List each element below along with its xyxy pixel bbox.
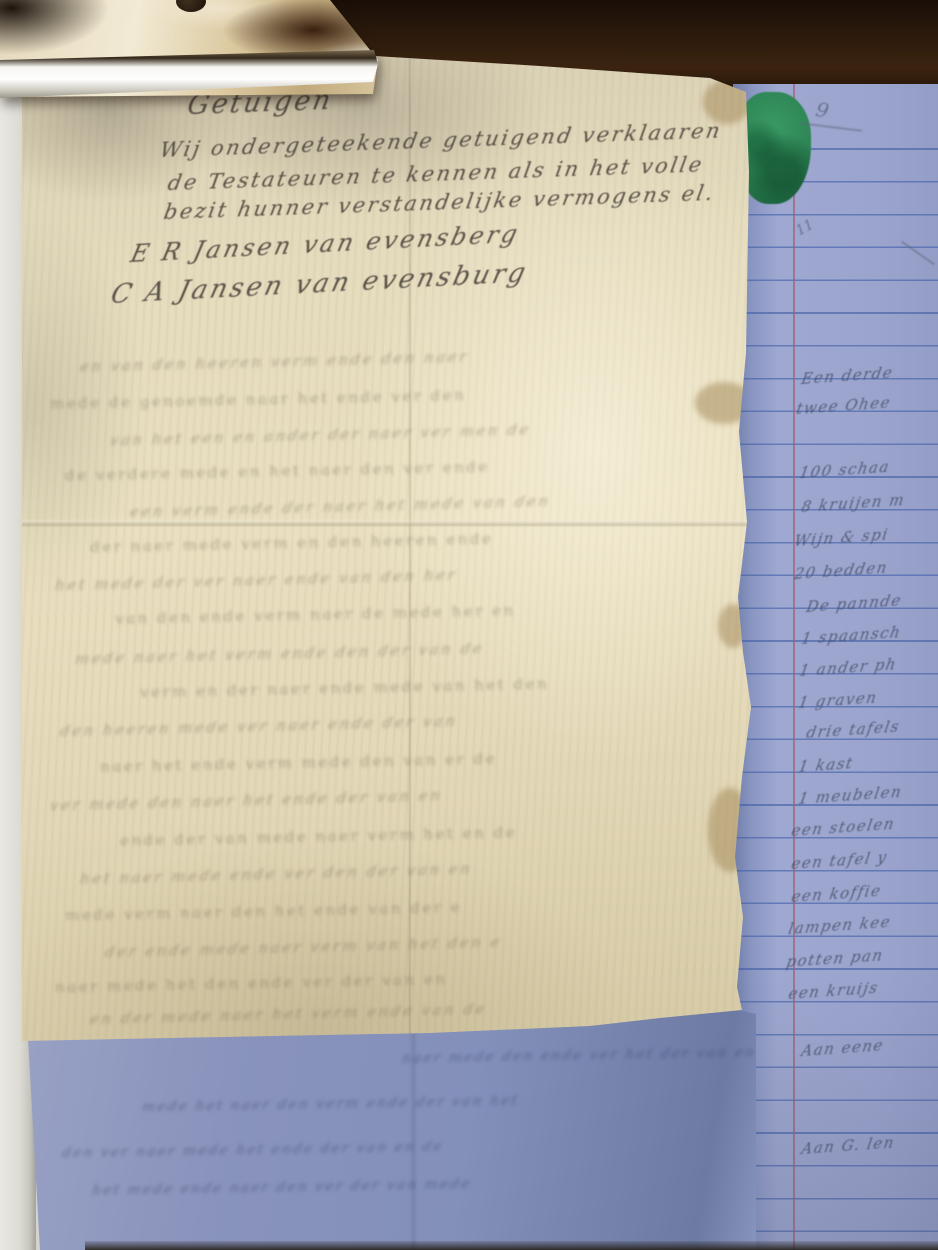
document-paper: Getuigen Wij ondergeteekende getuigend v… <box>20 52 758 1042</box>
fold-crease <box>412 1000 415 1250</box>
ghost-line: het mede ende naer den ver der van mede <box>91 1173 653 1199</box>
ghost-line: een verm ende der naer het mede van den <box>129 489 672 521</box>
archival-photo-scene: 9 11 Een derde twee Ohee 100 schaa 8 kru… <box>0 0 938 1250</box>
ledger-shading <box>733 964 938 1250</box>
ghost-line: ver mede den naer het ende der van en <box>49 779 711 814</box>
ghost-line: de verdere mede en het naer den ver ende <box>64 453 707 484</box>
ghost-line: het naer mede ende ver den der van en <box>79 854 701 888</box>
ghost-line: van den ende verm naer de mede her en <box>114 598 677 628</box>
ghost-line: naer het ende verm mede den van er de <box>99 746 682 776</box>
ghost-line: der ende mede naer verm van het den e <box>104 929 667 962</box>
ghost-line: mede de genoemde naar het ende ver den <box>49 381 712 413</box>
photo-bottom-shadow <box>85 1241 938 1250</box>
ghost-line: het mede der ver naer ende van den her <box>54 559 706 594</box>
ghost-line: mede verm naer den het ende van der e <box>64 893 697 924</box>
ghost-line: ende der van mede naer verm het en de <box>119 820 682 850</box>
ghost-line: den ver naer mede het ende der van en de <box>61 1134 703 1161</box>
ghost-line: en van den heeren verm ende den naer <box>79 342 681 376</box>
ghost-line: naer mede den ende ver het der van en me… <box>401 1045 733 1067</box>
ghost-line: mede naer het verm ende den der van de <box>74 634 696 668</box>
ghost-line: verm en der naer ende mede van het den <box>139 673 662 702</box>
ghost-line: naer mede het den ende ver der van en <box>54 966 677 997</box>
paper-clip <box>0 0 382 100</box>
ghost-line: der naer mede verm en den heeren ende <box>89 526 692 557</box>
ghost-line: den heeren mede ver naer ende der van <box>59 706 701 741</box>
ghost-line: van het een en ander der naer ver men de <box>109 416 692 449</box>
ghost-line: en der mede naer het verm ende van de <box>89 998 572 1029</box>
ghost-line: mede het naer den verm ende der van het <box>141 1090 663 1115</box>
